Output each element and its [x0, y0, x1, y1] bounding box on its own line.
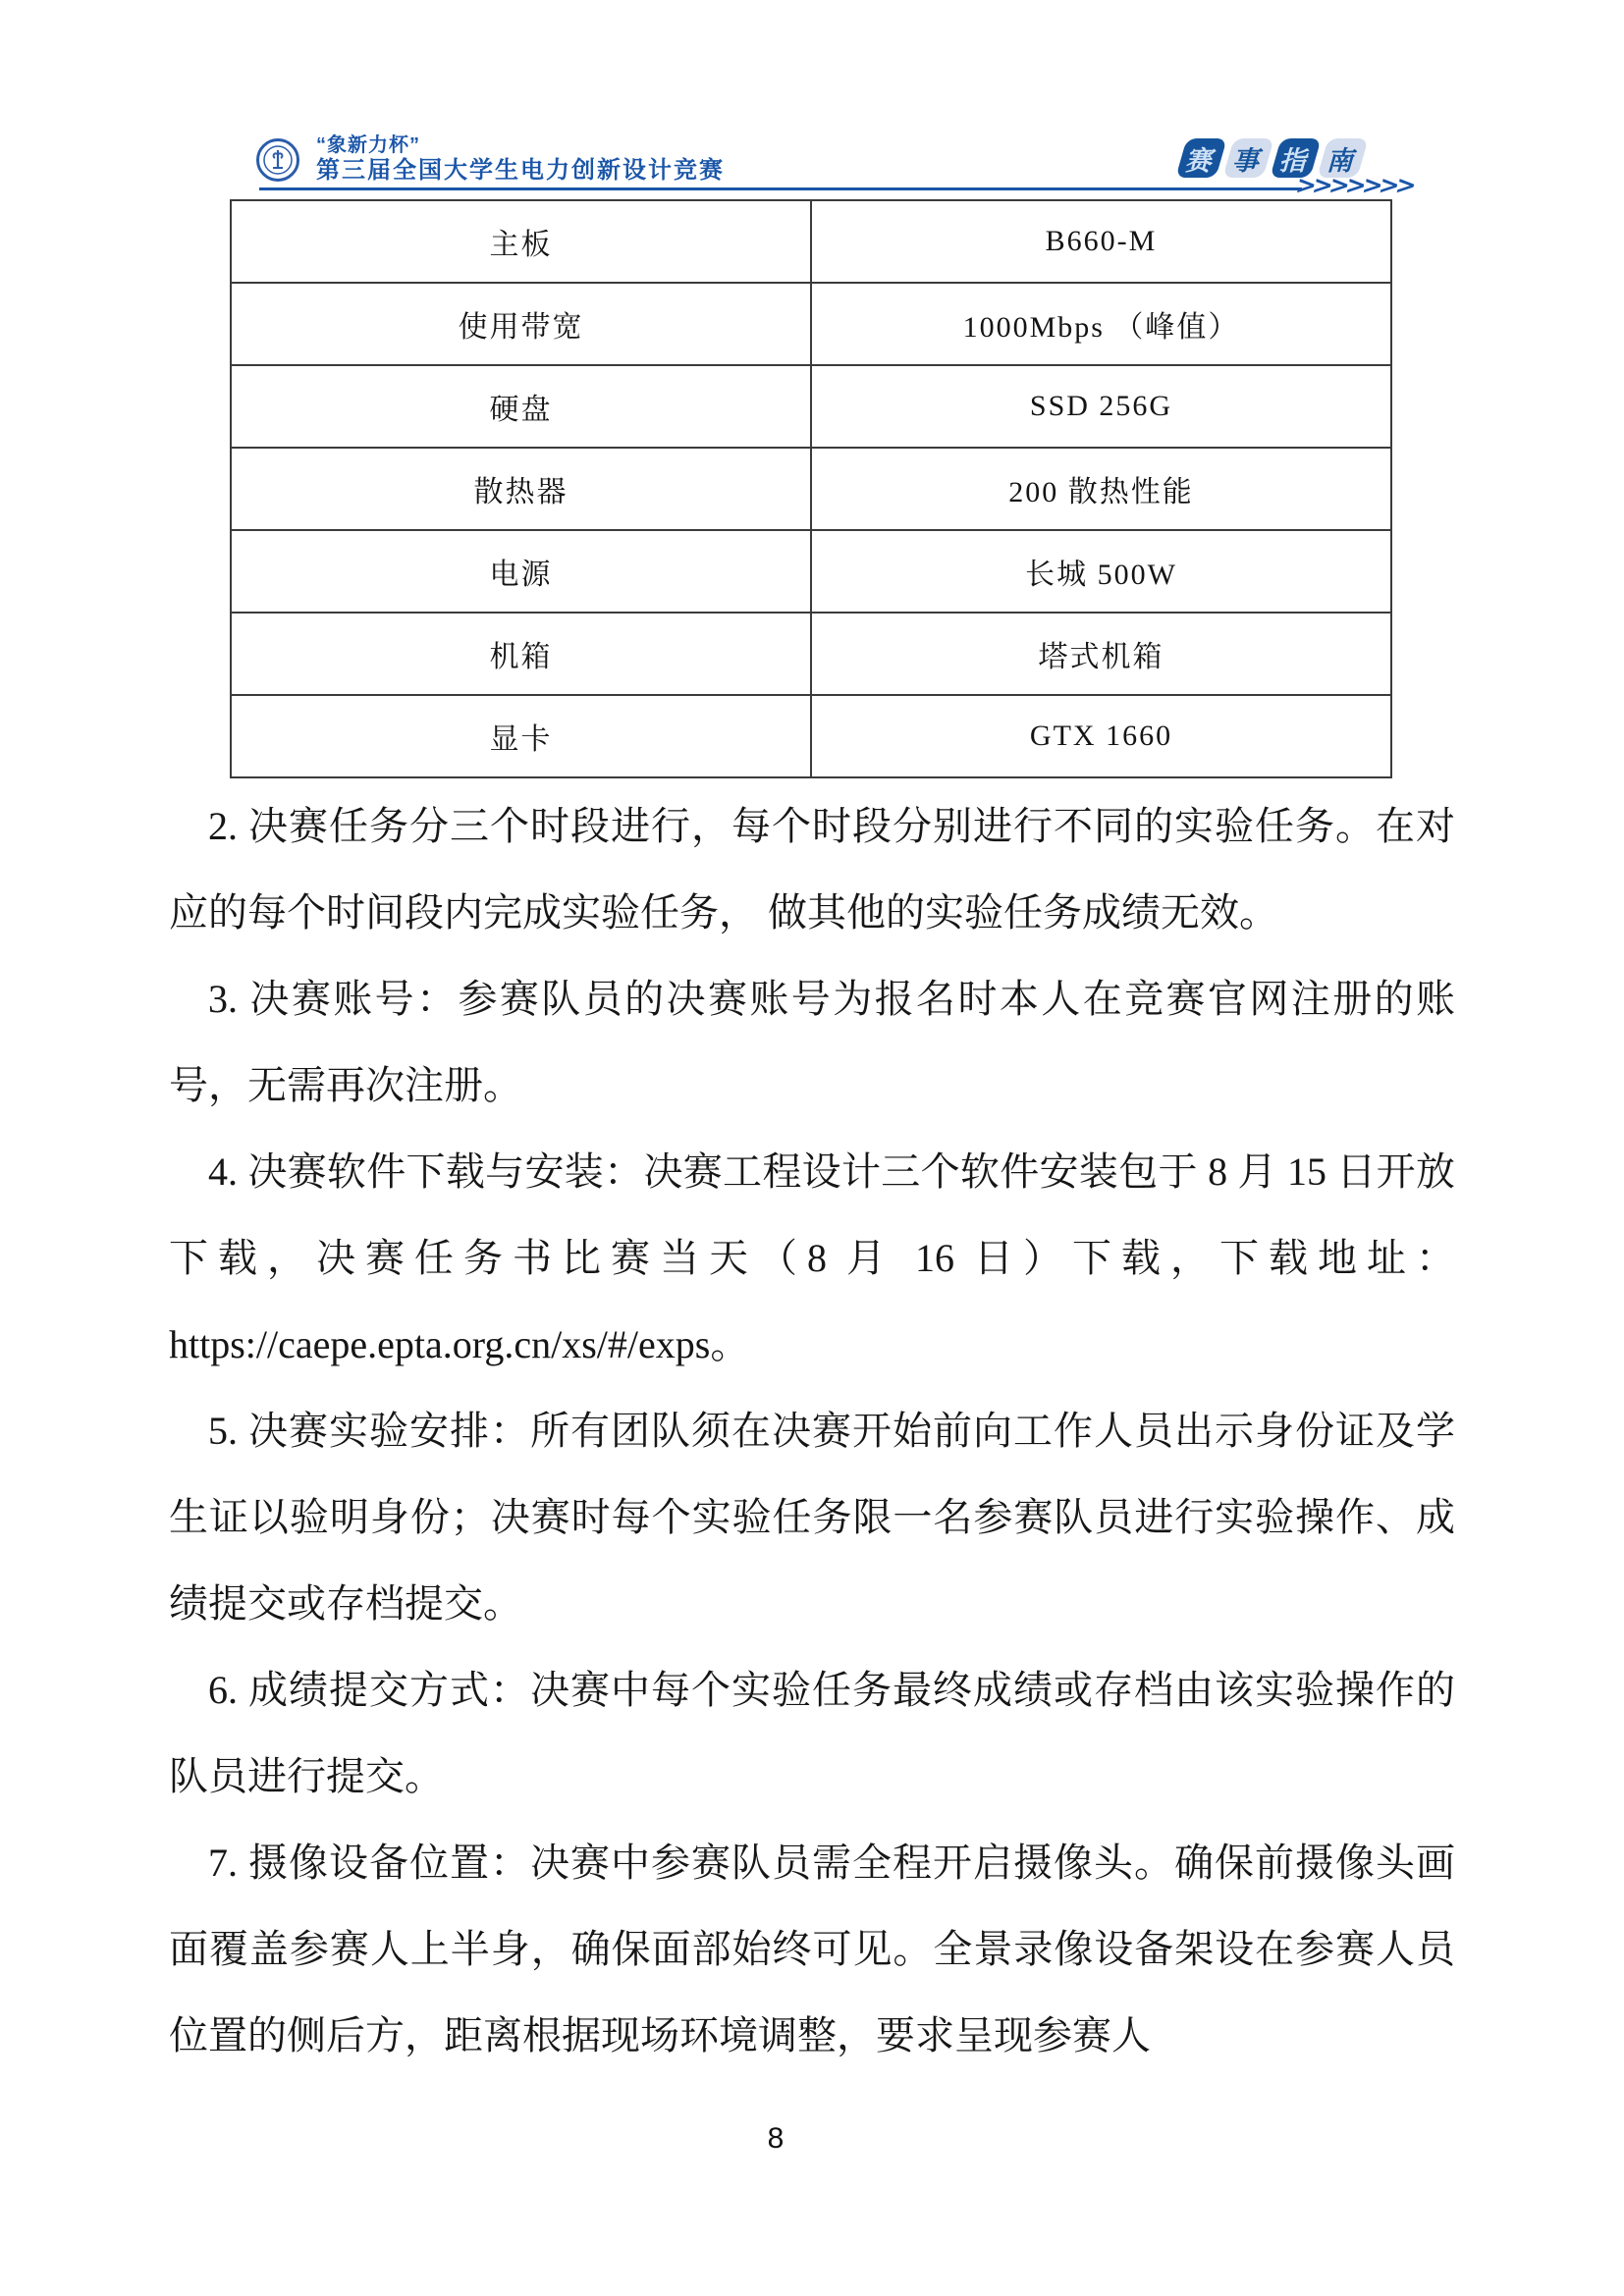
competition-logo-icon [256, 138, 299, 182]
paragraph-3: 3. 决赛账号：参赛队员的决赛账号为报名时本人在竞赛官网注册的账号，无需再次注册… [169, 956, 1455, 1129]
table-row: 显卡 GTX 1660 [231, 695, 1391, 777]
table-row: 使用带宽 1000Mbps （峰值） [231, 283, 1391, 365]
spec-label: 硬盘 [231, 365, 811, 448]
spec-label: 显卡 [231, 695, 811, 777]
spec-value: B660-M [811, 200, 1391, 283]
guide-badge-1: 赛 [1175, 138, 1226, 178]
paragraph-5: 5. 决赛实验安排：所有团队须在决赛开始前向工作人员出示身份证及学生证以验明身份… [169, 1388, 1455, 1647]
spec-value: 长城 500W [811, 530, 1391, 613]
body-text: 2. 决赛任务分三个时段进行，每个时段分别进行不同的实验任务。在对应的每个时间段… [169, 783, 1455, 2079]
logo-emblem-icon [262, 144, 294, 176]
paragraph-6: 6. 成绩提交方式：决赛中每个实验任务最终成绩或存档由该实验操作的队员进行提交。 [169, 1647, 1455, 1820]
spec-label: 散热器 [231, 448, 811, 530]
competition-title: “象新力杯” 第三届全国大学生电力创新设计竞赛 [316, 133, 725, 186]
spec-value: GTX 1660 [811, 695, 1391, 777]
table-row: 电源 长城 500W [231, 530, 1391, 613]
guide-badge-2: 事 [1222, 138, 1273, 178]
paragraph-7: 7. 摄像设备位置：决赛中参赛队员需全程开启摄像头。确保前摄像头画面覆盖参赛人上… [169, 1820, 1455, 2079]
hardware-spec-table: 主板 B660-M 使用带宽 1000Mbps （峰值） 硬盘 SSD 256G… [230, 199, 1392, 778]
table-row: 硬盘 SSD 256G [231, 365, 1391, 448]
spec-label: 主板 [231, 200, 811, 283]
spec-value: 1000Mbps （峰值） [811, 283, 1391, 365]
competition-title-line1: “象新力杯” [316, 133, 725, 157]
header-divider-line [259, 187, 1302, 190]
page-number: 8 [0, 2122, 1551, 2156]
spec-value: SSD 256G [811, 365, 1391, 448]
spec-label: 使用带宽 [231, 283, 811, 365]
chevron-arrows-icon: >>>>>>> [1293, 171, 1416, 199]
spec-label: 机箱 [231, 613, 811, 695]
table-row: 主板 B660-M [231, 200, 1391, 283]
spec-label: 电源 [231, 530, 811, 613]
spec-value: 200 散热性能 [811, 448, 1391, 530]
paragraph-2: 2. 决赛任务分三个时段进行，每个时段分别进行不同的实验任务。在对应的每个时间段… [169, 783, 1455, 956]
paragraph-4: 4. 决赛软件下载与安装：决赛工程设计三个软件安装包于 8 月 15 日开放下载… [169, 1129, 1455, 1388]
spec-value: 塔式机箱 [811, 613, 1391, 695]
table-row: 机箱 塔式机箱 [231, 613, 1391, 695]
competition-title-line2: 第三届全国大学生电力创新设计竞赛 [316, 157, 725, 186]
table-row: 散热器 200 散热性能 [231, 448, 1391, 530]
